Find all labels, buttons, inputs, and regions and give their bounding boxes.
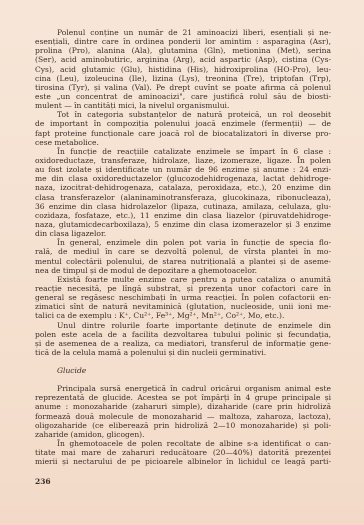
- text-line: me din clasa oxidoreductazelor (glucozod…: [35, 174, 331, 183]
- text-line: este „un concentrat de aminoacizi", care…: [35, 92, 331, 101]
- paragraph-enzymes-intro: Tot în categoria substanțelor de natură …: [35, 110, 331, 147]
- text-line: Principala sursă energetică în cadrul or…: [35, 384, 331, 393]
- text-line: polen este acela de a facilita dezvoltar…: [35, 330, 331, 339]
- text-line: general se regăsesc neschimbați în urma …: [35, 293, 331, 302]
- text-line: reprezentată de glucide. Acestea se pot …: [35, 393, 331, 402]
- text-line: oligozaharide (ce eliberează prin hidrol…: [35, 421, 331, 430]
- text-line: talici ca de exemplu : K⁺, Cu²⁺, Fe³⁺, M…: [35, 311, 331, 320]
- text-line: Polenul conține un număr de 21 aminoaciz…: [35, 28, 331, 37]
- paragraph-enzyme-classes: În funcție de reacțiile catalizate enzim…: [35, 147, 331, 238]
- text-line: Tot în categoria substanțelor de natură …: [35, 110, 331, 119]
- text-line: formează două molecule de monozaharid — …: [35, 412, 331, 421]
- text-line: zaharide (amidon, glicogen).: [35, 430, 331, 439]
- paragraph-aminoacids: Polenul conține un număr de 21 aminoaciz…: [35, 28, 331, 110]
- text-line: cozidaza, fosfataze, etc.), 11 enzime di…: [35, 211, 331, 220]
- text-line: au fost izolate și identificate un număr…: [35, 165, 331, 174]
- text-line: tică de la celula mamă a polenului și di…: [35, 348, 331, 357]
- paragraph-reducing-sugars: În ghemotoacele de polen recoltate de al…: [35, 439, 331, 466]
- page-number: 236: [35, 477, 51, 486]
- text-line: mierii și nectarului de pe picioarele al…: [35, 457, 331, 466]
- text-line: zimatici sînt de natură nevitaminică (gl…: [35, 302, 331, 311]
- text-line: esențiali, dintre care în ordinea ponder…: [35, 37, 331, 46]
- text-line: În funcție de reacțiile catalizate enzim…: [35, 147, 331, 156]
- text-line: cina (Leu), izoleucina (Ile), lizina (Ly…: [35, 74, 331, 83]
- text-line: clasa transferazelor (alaninaminotransfe…: [35, 193, 331, 202]
- text-line: reacție necesită, pe lîngă substrat, și …: [35, 284, 331, 293]
- text-line: În general, enzimele din polen pot varia…: [35, 238, 331, 247]
- text-line: 36 enzime din clasa hidrolazelor (lipaza…: [35, 202, 331, 211]
- paragraph-cofactors: Există foarte multe enzime care pentru a…: [35, 275, 331, 321]
- text-line: tirosina (Tyr), și valina (Val). Pe drep…: [35, 83, 331, 92]
- text-line: anume : monozaharide (zaharuri simple), …: [35, 402, 331, 411]
- paragraph-enzyme-roles: Unul dintre rolurile foarte importante d…: [35, 321, 331, 358]
- text-line: rală, de mediul în care se dezvoltă pole…: [35, 247, 331, 256]
- book-page: Polenul conține un număr de 21 aminoaciz…: [0, 0, 364, 525]
- text-line: cese metabolice.: [35, 138, 331, 147]
- section-heading-glucide: Glucide: [35, 366, 331, 375]
- paragraph-glucide: Principala sursă energetică în cadrul or…: [35, 384, 331, 439]
- spacer: [35, 357, 331, 366]
- body-text: Polenul conține un număr de 21 aminoaciz…: [35, 28, 331, 466]
- text-line: mulent — în cantități mici, la nivelul o…: [35, 101, 331, 110]
- text-line: Unul dintre rolurile foarte importante d…: [35, 321, 331, 330]
- text-line: oxidoreductaze, transferaze, hidrolaze, …: [35, 156, 331, 165]
- text-line: mentul colectării polenului, de starea n…: [35, 257, 331, 266]
- text-line: de important în compoziția polenului joa…: [35, 119, 331, 128]
- text-line: din clasa ligazelor.: [35, 229, 331, 238]
- text-line: În ghemotoacele de polen recoltate de al…: [35, 439, 331, 448]
- text-line: fapt proteine funcționale care joacă rol…: [35, 129, 331, 138]
- text-line: prolina (Pro), alanina (Ala), glutamina …: [35, 46, 331, 55]
- text-line: titate mai mare de zaharuri reducătoare …: [35, 448, 331, 457]
- text-line: (Ser), acid aminobutiric, arginina (Arg)…: [35, 55, 331, 64]
- text-line: Cys), acid glutamic (Glu), histidina (Hi…: [35, 65, 331, 74]
- spacer: [35, 375, 331, 384]
- text-line: nea de timpul și de modul de depozitare …: [35, 266, 331, 275]
- text-line: naza, izocitrat-dehidrogenaza, catalaza,…: [35, 183, 331, 192]
- text-line: Există foarte multe enzime care pentru a…: [35, 275, 331, 284]
- text-line: naza, glutamicdecarboxilaza), 5 enzime d…: [35, 220, 331, 229]
- paragraph-enzyme-variation: În general, enzimele din polen pot varia…: [35, 238, 331, 275]
- text-line: și de asemenea de a realiza, ca mediator…: [35, 339, 331, 348]
